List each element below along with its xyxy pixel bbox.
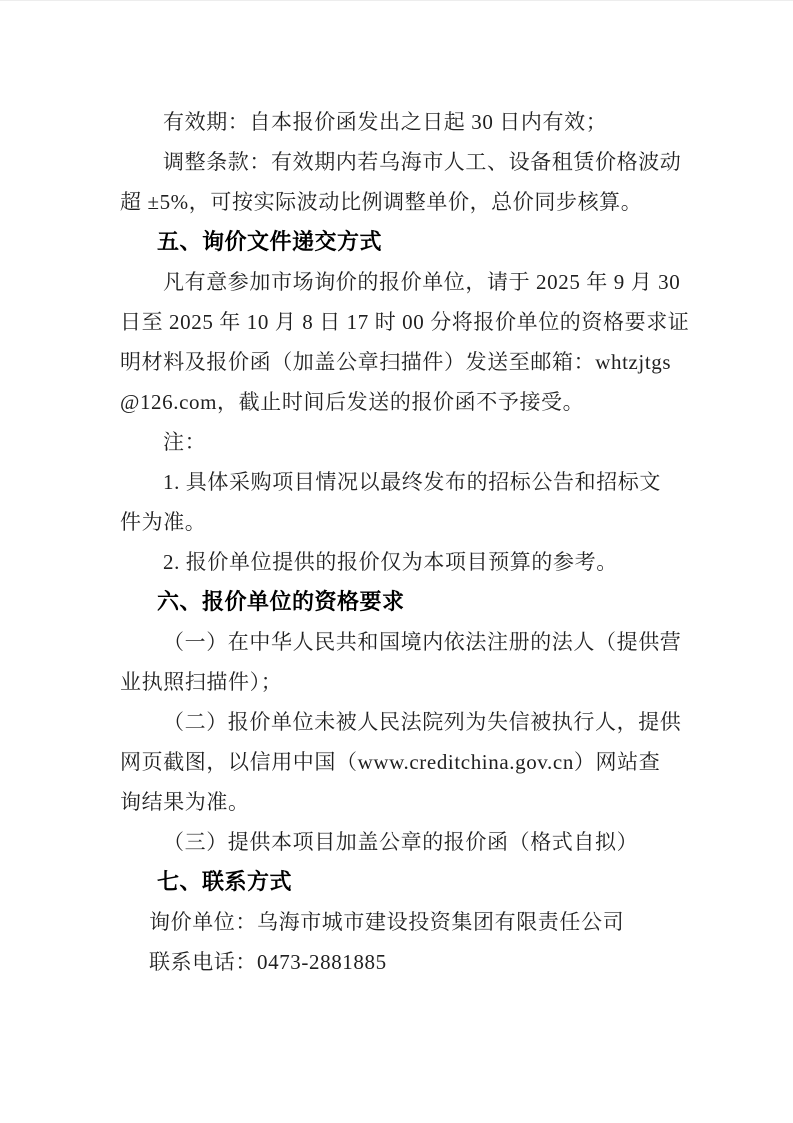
paragraph: （二）报价单位未被人民法院列为失信被执行人，提供网页截图，以信用中国（www.c…	[120, 702, 686, 822]
text-line: 联系电话：0473-2881885	[120, 942, 686, 982]
text-line: （二）报价单位未被人民法院列为失信被执行人，提供	[120, 702, 686, 742]
paragraph: 注：	[120, 422, 686, 462]
text-line: 询结果为准。	[120, 782, 686, 822]
document-content: 有效期：自本报价函发出之日起 30 日内有效；调整条款：有效期内若乌海市人工、设…	[120, 102, 686, 982]
text-line: 凡有意参加市场询价的报价单位，请于 2025 年 9 月 30	[120, 262, 686, 302]
text-line: 调整条款：有效期内若乌海市人工、设备租赁价格波动	[120, 142, 686, 182]
text-line: 网页截图，以信用中国（www.creditchina.gov.cn）网站查	[120, 742, 686, 782]
contact-line: 联系电话：0473-2881885	[120, 942, 686, 982]
text-line: 日至 2025 年 10 月 8 日 17 时 00 分将报价单位的资格要求证	[120, 302, 686, 342]
text-line: 有效期：自本报价函发出之日起 30 日内有效；	[120, 102, 686, 142]
section-heading: 六、报价单位的资格要求	[120, 582, 686, 622]
paragraph: （一）在中华人民共和国境内依法注册的法人（提供营业执照扫描件）；	[120, 622, 686, 702]
paragraph: 1. 具体采购项目情况以最终发布的招标公告和招标文件为准。	[120, 462, 686, 542]
section-heading: 七、联系方式	[120, 862, 686, 902]
text-line: 超 ±5%，可按实际波动比例调整单价，总价同步核算。	[120, 182, 686, 222]
paragraph: 2. 报价单位提供的报价仅为本项目预算的参考。	[120, 542, 686, 582]
text-line: 2. 报价单位提供的报价仅为本项目预算的参考。	[120, 542, 686, 582]
text-line: 询价单位：乌海市城市建设投资集团有限责任公司	[120, 902, 686, 942]
text-line: 六、报价单位的资格要求	[120, 582, 686, 622]
text-line: 件为准。	[120, 502, 686, 542]
text-line: @126.com，截止时间后发送的报价函不予接受。	[120, 382, 686, 422]
text-line: （一）在中华人民共和国境内依法注册的法人（提供营	[120, 622, 686, 662]
section-heading: 五、询价文件递交方式	[120, 222, 686, 262]
paragraph: 调整条款：有效期内若乌海市人工、设备租赁价格波动超 ±5%，可按实际波动比例调整…	[120, 142, 686, 222]
text-line: 业执照扫描件）；	[120, 662, 686, 702]
text-line: 七、联系方式	[120, 862, 686, 902]
paragraph: 有效期：自本报价函发出之日起 30 日内有效；	[120, 102, 686, 142]
contact-line: 询价单位：乌海市城市建设投资集团有限责任公司	[120, 902, 686, 942]
text-line: 明材料及报价函（加盖公章扫描件）发送至邮箱：whtzjtgs	[120, 342, 686, 382]
text-line: 注：	[120, 422, 686, 462]
paragraph: 凡有意参加市场询价的报价单位，请于 2025 年 9 月 30日至 2025 年…	[120, 262, 686, 422]
text-line: 五、询价文件递交方式	[120, 222, 686, 262]
text-line: （三）提供本项目加盖公章的报价函（格式自拟）	[120, 822, 686, 862]
text-line: 1. 具体采购项目情况以最终发布的招标公告和招标文	[120, 462, 686, 502]
document-page: 有效期：自本报价函发出之日起 30 日内有效；调整条款：有效期内若乌海市人工、设…	[0, 0, 793, 1123]
paragraph: （三）提供本项目加盖公章的报价函（格式自拟）	[120, 822, 686, 862]
